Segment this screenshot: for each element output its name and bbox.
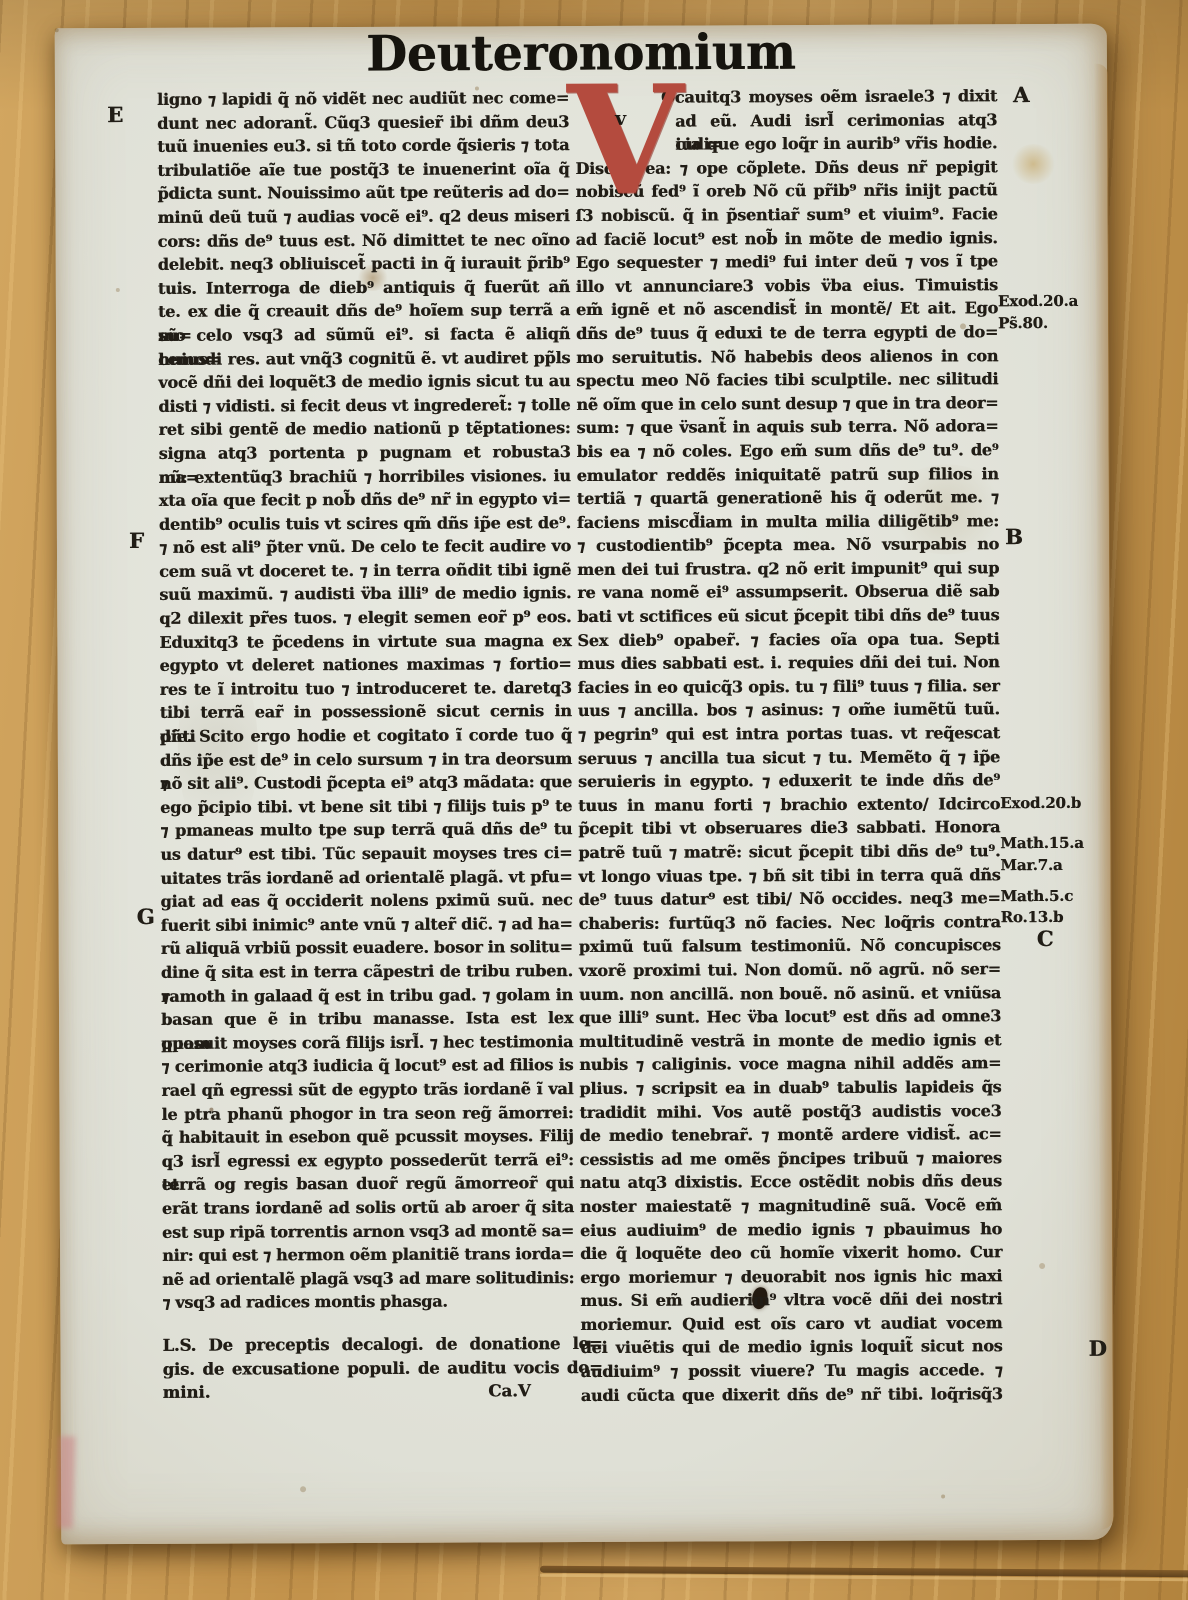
- citation: Exod.20.a: [998, 292, 1078, 310]
- text-line: rũ aliquã vrbiũ possit euadere. bosor in…: [161, 935, 573, 960]
- text-line: sum: ⁊ que v̈sant̃ in aquis sub terra. N…: [576, 415, 998, 440]
- text-line: audi cũcta que dixerit dñs de⁹ nr̃ tibi.…: [581, 1382, 1003, 1407]
- text-line: cessistis ad me omẽs p̃ncipes tribuũ ⁊ m…: [580, 1146, 1002, 1171]
- text-line: egypto vt deleret nationes maximas ⁊ for…: [159, 652, 571, 677]
- text-line: p̃cepit tibi vt obseruares die3 sabbati.…: [578, 816, 1000, 841]
- text-line: mus dies sabbati est. i. requies dñi dei…: [577, 650, 999, 675]
- text-line: bis ea ⁊ nõ coles. Ego em̃ sum dñs de⁹ t…: [576, 438, 998, 463]
- text-line: erãt trans iordanẽ ad solis ortũ ab aroe…: [162, 1195, 574, 1220]
- text-line: chaberis: furtũq3 nõ facies. Nec loq̃ris…: [579, 910, 1001, 935]
- text-line: xta oĩa que fecit p nob̃ dñs de⁹ nr̃ in …: [159, 487, 571, 512]
- text-line: ⁊ vsq3 ad radices montis phasga.: [162, 1289, 574, 1314]
- text-line: ⁊ pmaneas multo tpe sup terrã quã dñs de…: [160, 817, 572, 842]
- text-line: emulator reddẽs iniquitatẽ patrũ sup fil…: [577, 462, 999, 487]
- text-line: terrã og regis basan duor̃ regũ ãmorreor…: [162, 1171, 574, 1196]
- chapter-summary: L.S. De preceptis decalogi. de donatione…: [162, 1332, 602, 1405]
- text-line: nõ sit ali⁹. Custodi p̃cepta ei⁹ atq3 mã…: [160, 770, 572, 795]
- text-line: le ptra phanũ phogor in tra seon reg̃ ãm…: [161, 1101, 573, 1126]
- text-line: nir: qui est ⁊ hermon oẽm planitiẽ trans…: [162, 1242, 574, 1267]
- text-line: nũ: extentũq3 brachiũ ⁊ horribiles visio…: [159, 464, 571, 489]
- text-line: dei viuẽtis qui de medio ignis loquit̃ s…: [580, 1335, 1002, 1360]
- manuscript-page: Deuteronomium V v ligno ⁊ lapidi q̃ nõ v…: [55, 24, 1114, 1545]
- citation: Ps̃.80.: [998, 314, 1048, 332]
- text-line: seruieris in egypto. ⁊ eduxerit te inde …: [578, 768, 1000, 793]
- text-line: ⁊ custodientib⁹ p̃cepta mea. Nõ vsurpabi…: [577, 532, 999, 557]
- text-line: ramoth in galaad q̃ est in tribu gad. ⁊ …: [161, 983, 573, 1008]
- text-line: minũ deũ tuũ ⁊ audias vocẽ ei⁹. q2 deus …: [157, 204, 569, 229]
- citation: Math.15.a: [1000, 834, 1083, 852]
- text-line: re vana nomẽ ei⁹ assumpserit. Obserua di…: [577, 580, 999, 605]
- text-line: ligno ⁊ lapidi q̃ nõ vidẽt nec audiũt ne…: [157, 86, 569, 111]
- text-line: p̃dicta sunt. Nouissimo aũt tpe reũteris…: [157, 180, 569, 205]
- text-line: nubis ⁊ caliginis. voce magna nihil addẽ…: [579, 1052, 1001, 1077]
- text-line: die. Scito ergo hodie et cogitato ĩ cord…: [160, 723, 572, 748]
- left-column: ligno ⁊ lapidi q̃ nõ vidẽt nec audiũt ne…: [157, 86, 574, 1315]
- text-line: eius audiuim⁹ de medio ignis ⁊ pbauimus …: [580, 1217, 1002, 1242]
- text-line: gis. de excusatione populi. de auditu vo…: [162, 1356, 602, 1382]
- text-line: ⁊ cerimonie atq3 iudicia q̃ locut⁹ est a…: [161, 1053, 573, 1078]
- section-letter: C: [1037, 926, 1054, 951]
- section-letter: D: [1088, 1336, 1106, 1361]
- text-line: mo celo vsq3 ad sũmũ ei⁹. si facta ẽ ali…: [158, 322, 570, 347]
- text-line: die q̃ loquẽte deo cũ homĩe vixerit homo…: [580, 1240, 1002, 1265]
- text-line: delebit. neq3 obliuiscet̃ pacti in q̃ iu…: [158, 251, 570, 276]
- section-letter: F: [129, 528, 144, 553]
- text-line: us datur⁹ est tibi. Tũc sepauit moyses t…: [160, 841, 572, 866]
- text-line: te. ex die q̃ creauit dñs de⁹ hoĩem sup …: [158, 298, 570, 323]
- text-line: L.S. De preceptis decalogi. de donatione…: [162, 1332, 602, 1358]
- text-line: vocẽ dñi dei loquẽt3 de medio ignis sicu…: [158, 369, 570, 394]
- text-line: uus ⁊ ancilla. bos ⁊ asinus: ⁊ om̃e iumẽ…: [578, 698, 1000, 723]
- text-line: est sup ripã torrentis arnon vsq3 ad mon…: [162, 1219, 574, 1244]
- chapter-label: Ca.V: [488, 1379, 530, 1403]
- text-line: Sex dieb⁹ opaber̃. ⁊ facies oĩa opa tua.…: [577, 627, 999, 652]
- text-line: dunt nec adorant̃. Cũq3 quesier̃ ibi dñm…: [157, 110, 569, 135]
- text-line: tibi terrã ear̃ in possessionẽ sicut cer…: [160, 699, 572, 724]
- right-column: Ocauitq3 moyses oẽm israele3 ⁊ dixitad e…: [575, 84, 1003, 1407]
- text-line: pposuit moyses corã filijs isrl̃. ⁊ hec …: [161, 1030, 573, 1055]
- text-line: q3 isrl̃ egressi ex egypto possederũt te…: [162, 1148, 574, 1173]
- section-letter: E: [107, 102, 123, 127]
- rubricated-initial: V: [567, 66, 688, 237]
- text-line: cemodi res. aut vnq̃3 cognitũ ẽ. vt audi…: [158, 346, 570, 371]
- text-line: em̃ ignẽ et nõ ascendist̃ in montẽ/ Et a…: [576, 297, 998, 322]
- text-line: vt longo viuas tpe. ⁊ bñ sit tibi in ter…: [578, 863, 1000, 888]
- text-line: men dei tui frustra. q2 nõ erit impunit⁹…: [577, 556, 999, 581]
- text-line: illo vt annunciare3 vobis v̈ba eius. Tim…: [576, 273, 998, 298]
- text-line: nẽ oĩm que in celo sunt desup ⁊ que in t…: [576, 391, 998, 416]
- text-line: noster maiestatẽ ⁊ magnitudinẽ suã. Vocẽ…: [580, 1193, 1002, 1218]
- text-line: de⁹ tuus datur⁹ est tibi/ Nõ occides. ne…: [578, 886, 1000, 911]
- text-line: disti ⁊ vidisti. si fecit deus vt ingred…: [158, 393, 570, 418]
- text-line: tuus in manu forti ⁊ brachio extento/ Id…: [578, 792, 1000, 817]
- text-line: cors: dñs de⁹ tuus est. Nõ dimittet te n…: [158, 228, 570, 253]
- citation: Mar.7.a: [1000, 856, 1062, 874]
- text-line: dine q̃ sita est in terra cãpestri de tr…: [161, 959, 573, 984]
- text-line: ego p̃cipio tibi. vt bene sit tibi ⁊ fil…: [160, 794, 572, 819]
- text-line: tradidit mihi. Vos autẽ postq̃3 audistis…: [579, 1099, 1001, 1124]
- text-line: mo seruitutis. Nõ habebis deos alienos i…: [576, 344, 998, 369]
- text-line: spectu meo Nõ facies tibi sculptile. nec…: [576, 367, 998, 392]
- text-line: Eduxitq3 te p̃cedens in virtute sua magn…: [159, 629, 571, 654]
- text-line: tuũ inuenies eu3. si tñ toto corde q̃sie…: [157, 133, 569, 158]
- text-line: res te ĩ introitu tuo ⁊ introduceret te.…: [160, 676, 572, 701]
- citation: Exod.20.b: [1000, 794, 1081, 812]
- edge-paint-smear: [57, 1436, 76, 1528]
- text-line: pximũ tuũ falsum testimoniũ. Nõ concupis…: [579, 934, 1001, 959]
- text-line: que illi⁹ sunt. Hec v̈ba locut⁹ est dñs …: [579, 1004, 1001, 1029]
- text-line: tribulatiõe aĩe tue postq̃3 te inuenerin…: [157, 157, 569, 182]
- text-line: dñs de⁹ tuus q̃ eduxi te de terra egypti…: [576, 320, 998, 345]
- text-line: fuerit sibi inimic⁹ ante vnũ ⁊ alter̃ di…: [161, 912, 573, 937]
- text-line: giat ad eas q̃ occiderit nolens pximũ su…: [160, 888, 572, 913]
- section-letter: B: [1005, 524, 1023, 549]
- text-line: basan que ẽ in tribu manasse. Ista est l…: [161, 1006, 573, 1031]
- foxing-stain: [1010, 144, 1056, 184]
- text-line: tuis. Interroga de dieb⁹ antiquis q̃ fue…: [158, 275, 570, 300]
- text-line: mus. Si em̃ audierim⁹ vltra vocẽ dñi dei…: [580, 1287, 1002, 1312]
- text-line: nẽ ad orientalẽ plagã vsq3 ad mare solit…: [162, 1266, 574, 1291]
- text-line: faciens miscd̃iam in multa milia diligẽt…: [577, 509, 999, 534]
- initial-guide-letter: v: [615, 108, 626, 130]
- text-line: ergo moriemur ⁊ deuorabit nos ignis hic …: [580, 1264, 1002, 1289]
- text-line: signa atq3 portenta p pugnam et robusta3…: [159, 440, 571, 465]
- citation: Ro.13.b: [1001, 908, 1064, 926]
- text-line: dentib⁹ oculis tuis vt scires qm̃ dñs ip…: [159, 511, 571, 536]
- desk-background: Deuteronomium V v ligno ⁊ lapidi q̃ nõ v…: [0, 0, 1188, 1600]
- text-line: rael qñ egressi sũt de egypto trãs iorda…: [161, 1077, 573, 1102]
- text-line: cem suã vt doceret te. ⁊ in terra oñdit …: [159, 558, 571, 583]
- section-letter: G: [137, 904, 155, 929]
- text-line: ⁊ pegrin⁹ qui est intra portas tuas. vt …: [578, 721, 1000, 746]
- text-line: natu atq3 dixistis. Ecce ostẽdit nobis d…: [580, 1169, 1002, 1194]
- text-line: ret sibi gentẽ de medio nationũ p tẽptat…: [158, 416, 570, 441]
- text-line: dñs ip̃e est de⁹ in celo sursum ⁊ in tra…: [160, 747, 572, 772]
- summary-last-line: mini.: [163, 1381, 211, 1405]
- text-line: patrẽ tuũ ⁊ matrẽ: sicut p̃cepit tibi dñ…: [578, 839, 1000, 864]
- text-line: Ego sequester ⁊ medi⁹ fui inter deũ ⁊ vo…: [576, 249, 998, 274]
- text-line: q̃ habitauit in esebon quẽ pcussit moyse…: [161, 1124, 573, 1149]
- text-line: q2 dilexit pr̃es tuos. ⁊ elegit semen eo…: [159, 605, 571, 630]
- text-line: suũ maximũ. ⁊ audisti v̈ba illi⁹ de medi…: [159, 582, 571, 607]
- text-line: bati vt sctifices eũ sicut p̃cepit tibi …: [577, 603, 999, 628]
- text-line: tertiã ⁊ quartã generationẽ his q̃ oderũ…: [577, 485, 999, 510]
- text-line: plius. ⁊ scripsit ea in duab⁹ tabulis la…: [579, 1075, 1001, 1100]
- text-line: audiuim⁹ ⁊ possit viuere? Tu magis acced…: [581, 1358, 1003, 1383]
- text-line: vxorẽ proximi tui. Non domũ. nõ agrũ. nõ…: [579, 957, 1001, 982]
- text-line: facies in eo quicq̃3 opis. tu ⁊ fili⁹ tu…: [578, 674, 1000, 699]
- text-line: ⁊ nõ est ali⁹ p̃ter vnũ. De celo te feci…: [159, 534, 571, 559]
- citation: Math.5.c: [1000, 887, 1073, 905]
- text-line: uum. non ancillã. non bouẽ. nõ asinũ. et…: [579, 981, 1001, 1006]
- text-line: de medio tenebrar̃. ⁊ montẽ ardere vidis…: [579, 1122, 1001, 1147]
- text-line: multitudinẽ vestrã in monte de medio ign…: [579, 1028, 1001, 1053]
- text-line: seruus ⁊ ancilla tua sicut ⁊ tu. Memẽto …: [578, 745, 1000, 770]
- text-line: moriemur. Quid est oĩs caro vt audiat vo…: [580, 1311, 1002, 1336]
- page-deckled-edge: [1094, 64, 1114, 1530]
- section-letter: A: [1013, 82, 1029, 107]
- text-line: uitates trãs iordanẽ ad orientalẽ plagã.…: [160, 865, 572, 890]
